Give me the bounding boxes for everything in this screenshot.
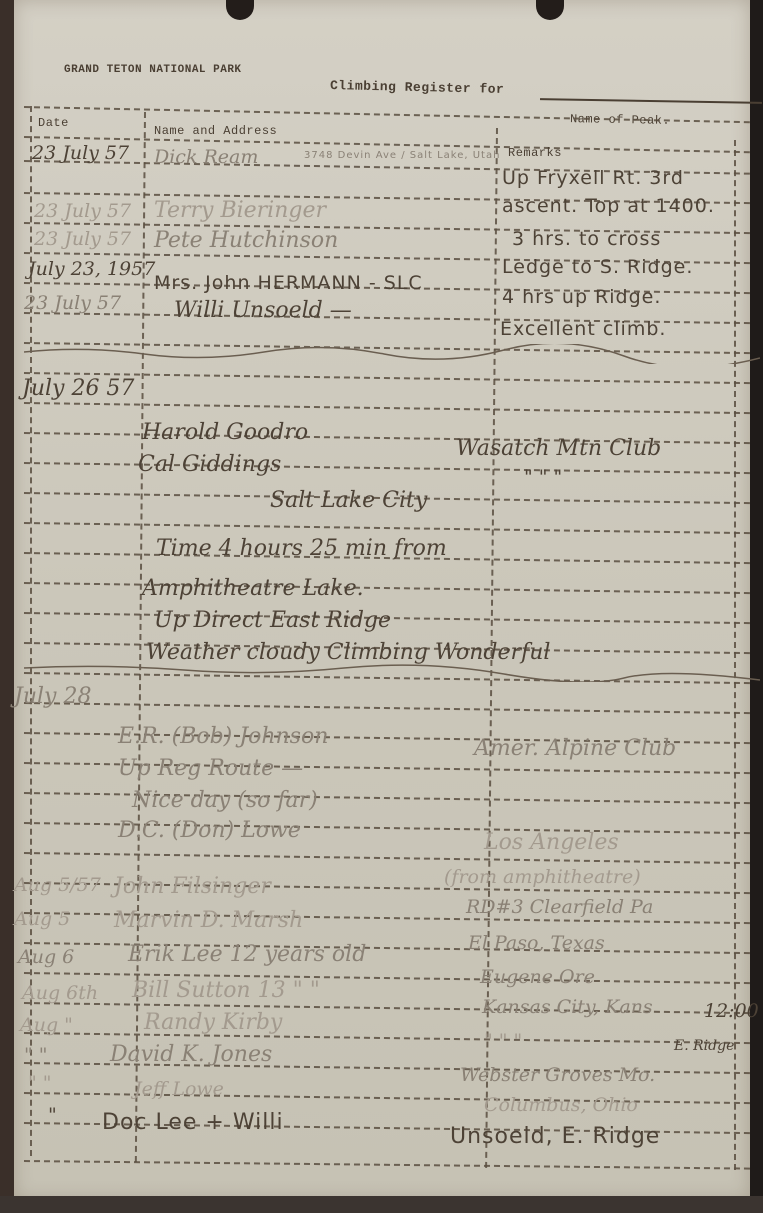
separator-scribble <box>24 662 760 682</box>
entry-club: Amer. Alpine Club <box>474 736 676 761</box>
entry-date: 23 July 57 <box>32 142 129 164</box>
punch-hole <box>536 0 564 20</box>
entry-remarks: " " " <box>484 1030 522 1052</box>
entry-name: Harold Goodro <box>142 420 308 445</box>
entry-name: D.C. (Don) Lowe <box>118 818 301 843</box>
entry-remarks: Ledge to S. Ridge. <box>502 256 693 278</box>
rule-line <box>24 702 750 714</box>
park-title: GRAND TETON NATIONAL PARK <box>64 64 242 76</box>
entry-note: Up Reg Route — <box>118 756 303 781</box>
scan-background-right <box>750 0 763 1213</box>
entry-note: Amphitheatre Lake. <box>142 576 364 601</box>
entry-name: Doc Lee + Willi <box>102 1110 284 1135</box>
entry-remarks: Kansas City, Kans <box>482 996 653 1018</box>
entry-remarks: Excellent climb. <box>500 318 666 340</box>
column-header-name: Name and Address <box>154 124 277 138</box>
entry-date: 23 July 57 <box>34 228 131 250</box>
entry-date: July 23, 1957 <box>28 258 155 280</box>
entry-remarks: Los Angeles <box>484 830 619 855</box>
entry-note: Up Direct East Ridge <box>154 608 391 633</box>
entry-date: " " <box>28 1072 52 1094</box>
separator-scribble <box>24 344 760 364</box>
entry-date: Aug 6th <box>22 982 98 1004</box>
rule-line <box>24 1092 750 1104</box>
entry-name: Cal Giddings <box>138 452 281 477</box>
scan-background-left <box>0 0 14 1213</box>
entry-name: Bill Sutton 13 " " <box>132 978 320 1003</box>
entry-route: E. Ridge <box>674 1038 734 1054</box>
entry-time: 12:00 <box>704 1000 759 1022</box>
entry-name: Terry Bieringer <box>154 198 326 223</box>
entry-date: Aug 5 <box>14 908 70 930</box>
entry-name: Mrs. John HERMANN - SLC <box>154 272 423 294</box>
register-title: Climbing Register for <box>330 78 505 97</box>
punch-hole <box>226 0 254 20</box>
rule-line <box>24 402 750 414</box>
entry-name: Pete Hutchinson <box>154 228 338 253</box>
entry-note: Nice day (so far) <box>132 788 318 813</box>
entry-name: Willi Unsoeld — <box>174 298 352 323</box>
entry-note: Time 4 hours 25 min from <box>156 536 447 561</box>
entry-city: Salt Lake City <box>270 488 427 513</box>
entry-name: John Filsinger <box>114 874 271 899</box>
entry-club: Wasatch Mtn Club <box>456 436 661 461</box>
entry-address: 3748 Devin Ave / Salt Lake, Utah <box>304 150 500 161</box>
entry-name: David K. Jones <box>110 1042 272 1067</box>
entry-date: Aug " <box>20 1014 73 1036</box>
rule-line <box>24 582 750 594</box>
entry-remarks: 3 hrs. to cross <box>512 228 661 250</box>
scan-background-bottom <box>0 1196 763 1213</box>
climbing-register-sheet: GRAND TETON NATIONAL PARK Climbing Regis… <box>14 0 750 1200</box>
entry-date: Aug 5/57 <box>14 874 101 896</box>
entry-remarks: El Paso, Texas <box>468 932 605 954</box>
entry-remarks: Columbus, Ohio <box>484 1094 638 1116</box>
entry-name: E.R. (Bob) Johnson <box>118 724 328 749</box>
rule-line <box>24 852 750 864</box>
entry-date: " <box>48 1104 57 1126</box>
entry-remarks: Eugene Ore <box>480 966 595 988</box>
entry-date: " " <box>24 1044 48 1066</box>
entry-remarks: Unsoeld, E. Ridge <box>450 1124 660 1149</box>
entry-name: Jeff Lowe <box>134 1078 224 1100</box>
entry-name: Erik Lee 12 years old <box>128 942 366 967</box>
entry-ditto: " " " <box>524 466 562 488</box>
rule-line <box>24 522 750 534</box>
rule-line <box>24 1160 750 1170</box>
entry-date: July 28 <box>14 684 91 709</box>
entry-name: Dick Ream <box>154 146 258 168</box>
entry-date: 23 July 57 <box>34 200 131 222</box>
column-header-date: Date <box>38 116 69 130</box>
entry-date: 23 July 57 <box>24 292 121 314</box>
entry-date: Aug 6 <box>18 946 74 968</box>
peak-name-blank <box>540 98 762 104</box>
entry-date: July 26 57 <box>22 376 134 401</box>
entry-remarks: 4 hrs up Ridge. <box>502 286 661 308</box>
entry-remarks: RD#3 Clearfield Pa <box>466 896 653 918</box>
entry-remarks: (from amphitheatre) <box>444 866 641 888</box>
entry-name: Marvin D. Marsh <box>114 908 303 933</box>
entry-remarks: Webster Groves Mo. <box>460 1064 655 1086</box>
column-header-remarks: Remarks <box>508 146 562 160</box>
entry-name: Randy Kirby <box>144 1010 282 1035</box>
entry-remarks: Up Fryxell Rt. 3rd ascent. Top at 1400. <box>502 164 732 220</box>
rule-line <box>24 462 750 474</box>
